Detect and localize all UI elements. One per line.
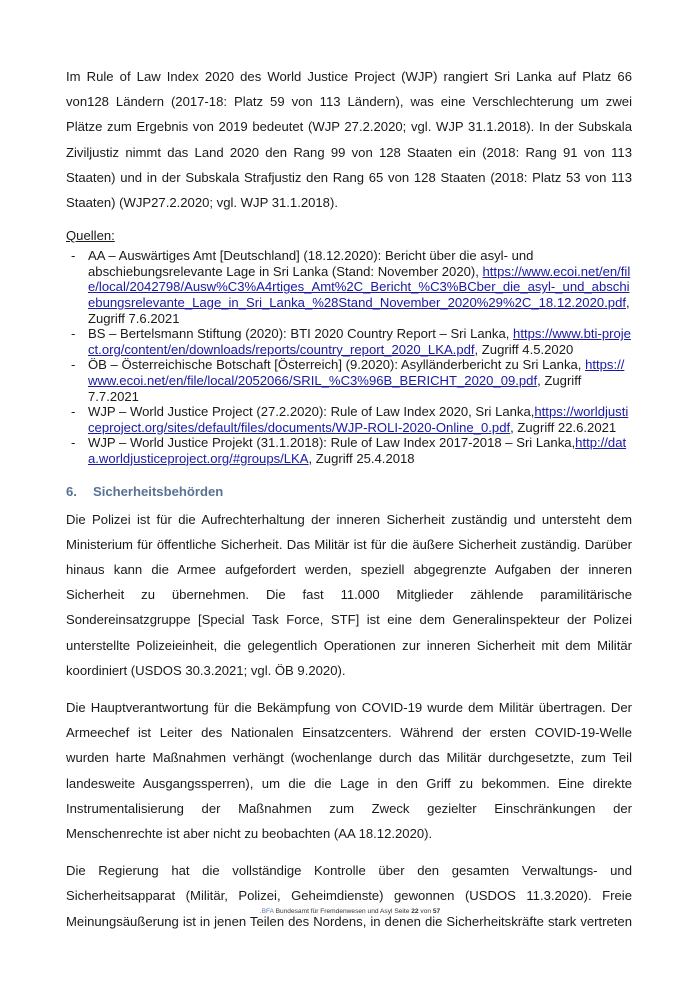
source-text: AA – Auswärtiges Amt [Deutschland] (18.1… [88, 248, 533, 279]
source-text: WJP – World Justice Projekt (31.1.2018):… [88, 435, 575, 450]
source-access-date: , Zugriff 22.6.2021 [510, 420, 616, 435]
source-access-date: , Zugriff 25.4.2018 [309, 451, 415, 466]
sources-title: Quellen: [66, 227, 632, 245]
list-dash: - [71, 326, 75, 342]
source-item: -ÖB – Österreichische Botschaft [Österre… [66, 357, 632, 404]
footer-page-label: Seite [394, 908, 409, 915]
source-text: BS – Bertelsmann Stiftung (2020): BTI 20… [88, 326, 513, 341]
intro-paragraph: Im Rule of Law Index 2020 des World Just… [66, 64, 632, 215]
footer-of-label: von [420, 908, 431, 915]
section-number: 6. [66, 482, 93, 502]
bfa-logo: .BFA [260, 908, 274, 915]
footer-page-total: 57 [433, 908, 440, 915]
footer-org: Bundesamt für Fremdenwesen und Asyl [276, 908, 393, 915]
sources-list: -AA – Auswärtiges Amt [Deutschland] (18.… [66, 248, 632, 466]
page-footer: .BFA Bundesamt für Fremdenwesen und Asyl… [0, 908, 700, 915]
document-page: Im Rule of Law Index 2020 des World Just… [66, 64, 632, 934]
body-paragraph: Die Hauptverantwortung für die Bekämpfun… [66, 695, 632, 846]
section-title: Sicherheitsbehörden [93, 484, 223, 499]
source-text: ÖB – Österreichische Botschaft [Österrei… [88, 357, 585, 372]
source-item: -BS – Bertelsmann Stiftung (2020): BTI 2… [66, 326, 632, 357]
list-dash: - [71, 404, 75, 420]
source-item: -WJP – World Justice Project (27.2.2020)… [66, 404, 632, 435]
body-paragraph: Die Regierung hat die vollständige Kontr… [66, 858, 632, 934]
list-dash: - [71, 248, 75, 264]
source-item: -AA – Auswärtiges Amt [Deutschland] (18.… [66, 248, 632, 326]
source-access-date: , Zugriff 4.5.2020 [475, 342, 574, 357]
body-paragraph: Die Polizei ist für die Aufrechterhaltun… [66, 507, 632, 683]
source-text: WJP – World Justice Project (27.2.2020):… [88, 404, 534, 419]
list-dash: - [71, 357, 75, 373]
section-heading: 6.Sicherheitsbehörden [66, 482, 632, 502]
source-item: -WJP – World Justice Projekt (31.1.2018)… [66, 435, 632, 466]
footer-page-current: 22 [411, 908, 418, 915]
list-dash: - [71, 435, 75, 451]
